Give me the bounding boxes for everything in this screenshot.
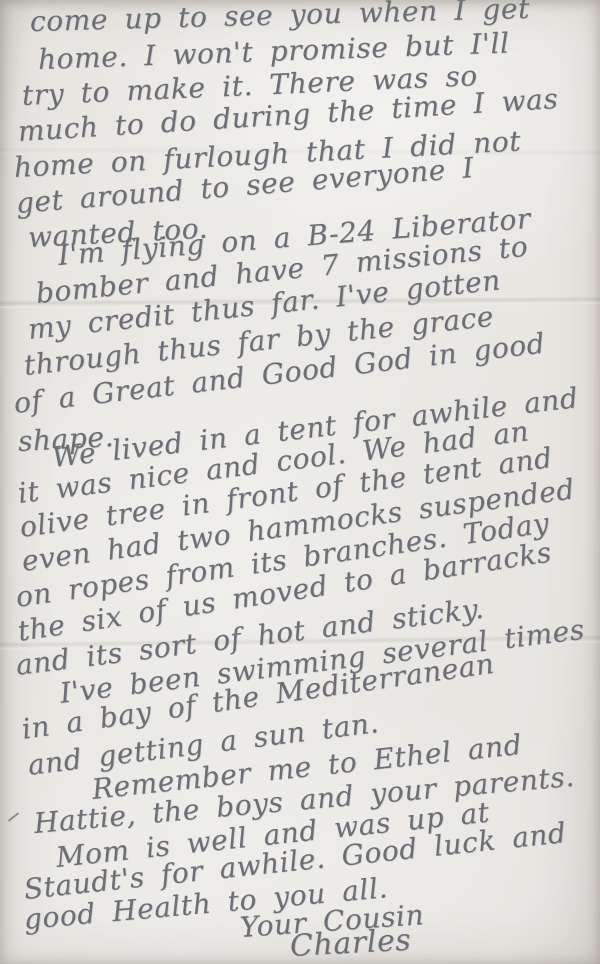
letter-signature: Charles [289, 926, 412, 962]
letter-page: come up to see you when I get home. I wo… [0, 0, 600, 964]
stray-pencil-mark [8, 812, 19, 822]
